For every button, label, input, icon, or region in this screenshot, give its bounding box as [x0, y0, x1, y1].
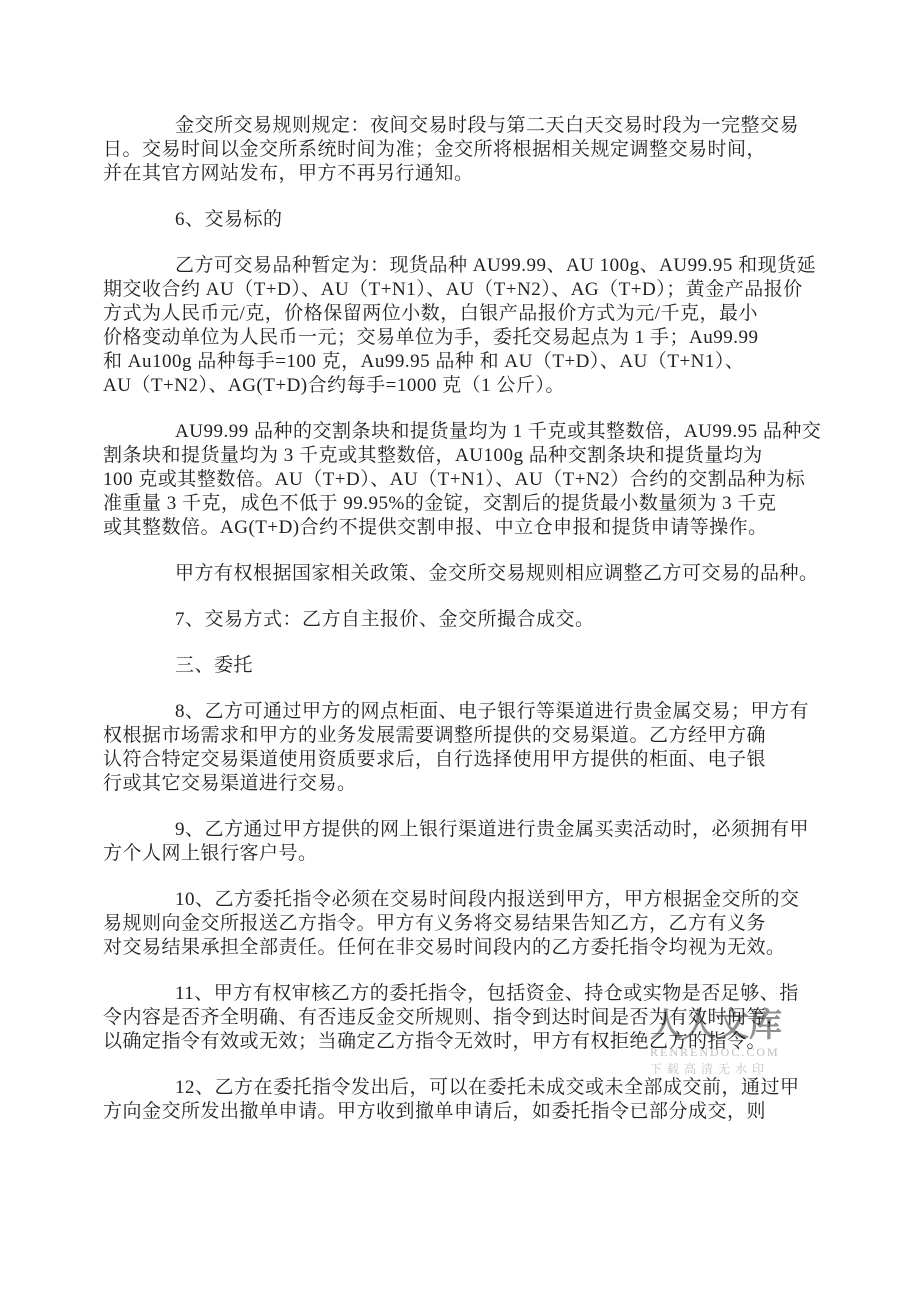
paragraph: 11、甲方有权审核乙方的委托指令，包括资金、持仓或实物是否足够、指令内容是否齐全…	[103, 982, 819, 1054]
text-line: 权根据市场需求和甲方的业务发展需要调整所提供的交易渠道。乙方经甲方确	[103, 724, 819, 748]
text-line: 价格变动单位为人民币一元；交易单位为手，委托交易起点为 1 手；Au99.99	[103, 326, 819, 350]
text-line: 11、甲方有权审核乙方的委托指令，包括资金、持仓或实物是否足够、指	[103, 982, 819, 1006]
text-line: 甲方有权根据国家相关政策、金交所交易规则相应调整乙方可交易的品种。	[103, 562, 819, 586]
heading: 7、交易方式：乙方自主报价、金交所撮合成交。	[103, 608, 819, 632]
text-line: 方式为人民币元/克，价格保留两位小数，白银产品报价方式为元/千克，最小	[103, 302, 819, 326]
heading: 6、交易标的	[103, 208, 819, 232]
text-line: 期交收合约 AU（T+D）、AU（T+N1）、AU（T+N2）、AG（T+D）；…	[103, 278, 819, 302]
text-line: 金交所交易规则规定：夜间交易时段与第二天白天交易时段为一完整交易	[103, 114, 819, 138]
text-line: AU（T+N2）、AG(T+D)合约每手=1000 克（1 公斤）。	[103, 374, 819, 398]
paragraph: 8、乙方可通过甲方的网点柜面、电子银行等渠道进行贵金属交易；甲方有权根据市场需求…	[103, 700, 819, 796]
text-line: AU99.99 品种的交割条块和提货量均为 1 千克或其整数倍，AU99.95 …	[103, 420, 819, 444]
paragraph: AU99.99 品种的交割条块和提货量均为 1 千克或其整数倍，AU99.95 …	[103, 420, 819, 540]
paragraph: 10、乙方委托指令必须在交易时间段内报送到甲方，甲方根据金交所的交易规则向金交所…	[103, 888, 819, 960]
text-line: 和 Au100g 品种每手=100 克，Au99.95 品种 和 AU（T+D）…	[103, 350, 819, 374]
paragraph: 金交所交易规则规定：夜间交易时段与第二天白天交易时段为一完整交易日。交易时间以金…	[103, 114, 819, 186]
text-line: 日。交易时间以金交所系统时间为准；金交所将根据相关规定调整交易时间，	[103, 138, 819, 162]
text-line: 以确定指令有效或无效；当确定乙方指令无效时，甲方有权拒绝乙方的指令。	[103, 1030, 819, 1054]
text-line: 乙方可交易品种暂定为：现货品种 AU99.99、AU 100g、AU99.95 …	[103, 254, 819, 278]
paragraph: 甲方有权根据国家相关政策、金交所交易规则相应调整乙方可交易的品种。	[103, 562, 819, 586]
text-line: 8、乙方可通过甲方的网点柜面、电子银行等渠道进行贵金属交易；甲方有	[103, 700, 819, 724]
text-line: 对交易结果承担全部责任。任何在非交易时间段内的乙方委托指令均视为无效。	[103, 936, 819, 960]
text-line: 令内容是否齐全明确、有否违反金交所规则、指令到达时间是否为有效时间等，	[103, 1006, 819, 1030]
text-line: 100 克或其整数倍。AU（T+D）、AU（T+N1）、AU（T+N2）合约的交…	[103, 468, 819, 492]
paragraph: 12、乙方在委托指令发出后，可以在委托未成交或未全部成交前，通过甲方向金交所发出…	[103, 1076, 819, 1124]
heading: 三、委托	[103, 654, 819, 678]
paragraph: 9、乙方通过甲方提供的网上银行渠道进行贵金属买卖活动时，必须拥有甲方个人网上银行…	[103, 818, 819, 866]
text-line: 割条块和提货量均为 3 千克或其整数倍，AU100g 品种交割条块和提货量均为	[103, 444, 819, 468]
text-line: 或其整数倍。AG(T+D)合约不提供交割申报、中立仓申报和提货申请等操作。	[103, 516, 819, 540]
text-line: 10、乙方委托指令必须在交易时间段内报送到甲方，甲方根据金交所的交	[103, 888, 819, 912]
text-line: 行或其它交易渠道进行交易。	[103, 772, 819, 796]
text-line: 准重量 3 千克，成色不低于 99.95%的金锭，交割后的提货最小数量须为 3 …	[103, 492, 819, 516]
document-body: 金交所交易规则规定：夜间交易时段与第二天白天交易时段为一完整交易日。交易时间以金…	[103, 114, 819, 1146]
text-line: 并在其官方网站发布，甲方不再另行通知。	[103, 162, 819, 186]
text-line: 易规则向金交所报送乙方指令。甲方有义务将交易结果告知乙方，乙方有义务	[103, 912, 819, 936]
text-line: 三、委托	[103, 654, 819, 678]
text-line: 方个人网上银行客户号。	[103, 842, 819, 866]
text-line: 9、乙方通过甲方提供的网上银行渠道进行贵金属买卖活动时，必须拥有甲	[103, 818, 819, 842]
text-line: 认符合特定交易渠道使用资质要求后，自行选择使用甲方提供的柜面、电子银	[103, 748, 819, 772]
text-line: 6、交易标的	[103, 208, 819, 232]
text-line: 7、交易方式：乙方自主报价、金交所撮合成交。	[103, 608, 819, 632]
text-line: 12、乙方在委托指令发出后，可以在委托未成交或未全部成交前，通过甲	[103, 1076, 819, 1100]
text-line: 方向金交所发出撤单申请。甲方收到撤单申请后，如委托指令已部分成交，则	[103, 1100, 819, 1124]
paragraph: 乙方可交易品种暂定为：现货品种 AU99.99、AU 100g、AU99.95 …	[103, 254, 819, 398]
